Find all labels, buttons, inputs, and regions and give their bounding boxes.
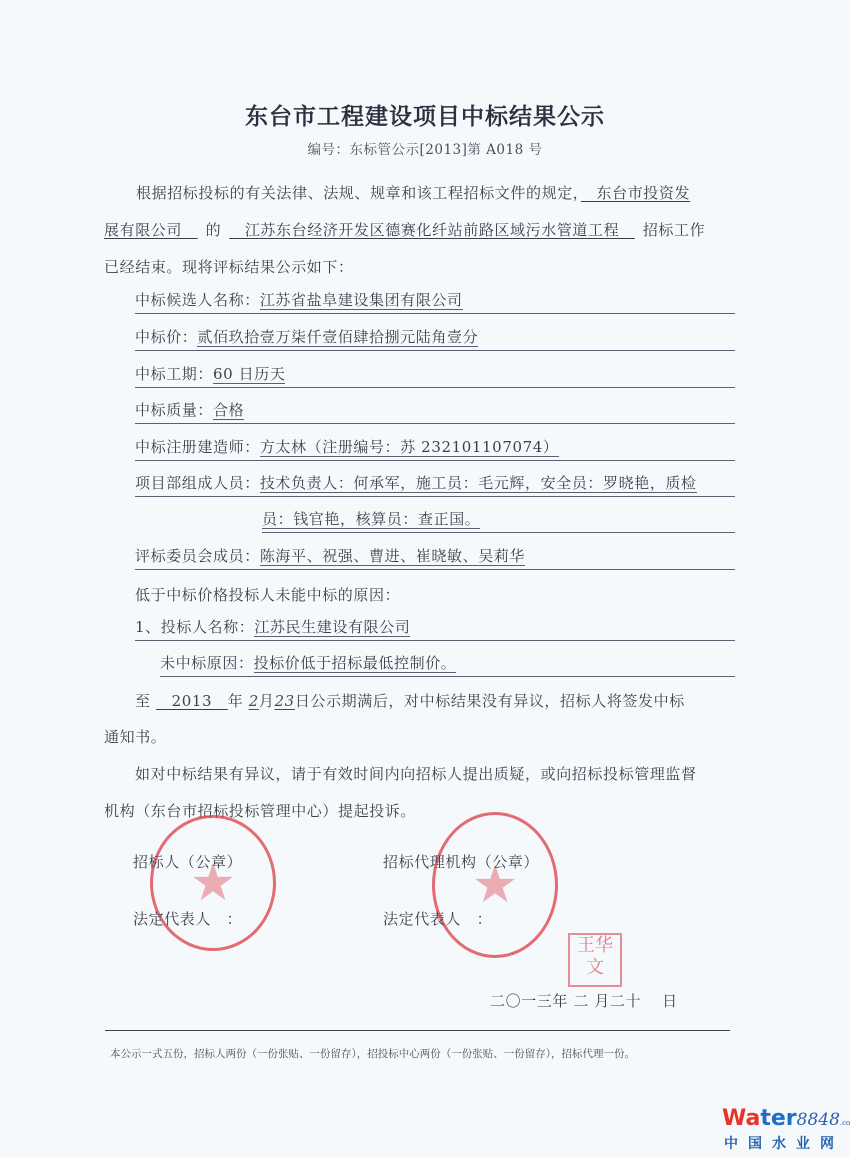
team-line-2: 员：钱官艳，核算员：查正国。 [262,510,480,529]
field-value: 方太林（注册编号：苏 232101107074） [260,438,559,457]
field-duration: 中标工期：60 日历天 [135,363,735,388]
field-value: 贰佰玖拾壹万柒仟壹佰肆拾捌元陆角壹分 [197,328,478,347]
field-winner: 中标候选人名称：江苏省盐阜建设集团有限公司 [135,289,735,314]
objection-line-1: 如对中标结果有异议，请于有效时间内向招标人提出质疑，或向招标投标管理监督 [135,763,697,784]
intro-line-1: 根据招标投标的有关法律、法规、规章和该工程招标文件的规定， 东台市投资发 [136,182,690,203]
field-value: 江苏民生建设有限公司 [254,618,410,637]
deadline-day: 23 [275,692,295,710]
intro-line-3: 已经结束。现将评标结果公示如下： [104,256,354,277]
watermark-ter: ter [760,1106,796,1131]
intro-text-2: 招标工作 [643,221,705,239]
signature-date: 二〇一三年 二 月二十 日 [490,990,678,1011]
month-suffix: 月 [259,692,275,710]
field-label: 项目部组成人员： [135,474,260,492]
field-price: 中标价：贰佰玖拾壹万柒仟壹佰肆拾捌元陆角壹分 [135,326,735,351]
field-label: 中标价： [135,328,197,346]
objection-line-2: 机构（东台市招标投标管理中心）提起投诉。 [104,800,416,821]
year-suffix: 年 [228,692,244,710]
field-label: 中标工期： [135,365,213,383]
field-builder: 中标注册建造师：方太林（注册编号：苏 232101107074） [135,436,735,461]
field-label: 评标委员会成员： [135,547,260,565]
footer-divider [105,1030,730,1031]
tenderer-seal-label: 招标人（公章） [133,851,242,872]
field-label: 中标候选人名称： [135,291,260,309]
intro-of: 的 [206,221,222,239]
watermark-num: 8848 [797,1110,840,1130]
field-committee: 评标委员会成员：陈海平、祝强、曹进、崔晓敏、吴莉华 [135,545,735,570]
tenderer-rep-label: 法定代表人 ： [133,908,242,929]
lower-bid-heading: 低于中标价格投标人未能中标的原因： [135,584,400,605]
project-name: 江苏东台经济开发区德赛化纤站前路区域污水管道工程 [229,221,635,239]
footnote: 本公示一式五份，招标人两份（一份张贴、一份留存），招投标中心两份（一份张贴、一份… [110,1046,635,1061]
field-lower-bidder: 1、投标人名称：江苏民生建设有限公司 [135,616,735,641]
watermark-cn: 中国水业网 [724,1133,844,1153]
field-label: 1、投标人名称： [135,618,254,636]
agency-seal-label: 招标代理机构（公章） [383,851,539,872]
watermark-wa: Wa [722,1106,760,1131]
page-title: 东台市工程建设项目中标结果公示 [0,98,850,131]
tenderer-stamp: ★ [150,815,276,951]
tenderer-name-part2: 展有限公司 [104,221,198,239]
field-label: 中标质量： [135,401,213,419]
watermark-com: .com [840,1119,850,1127]
field-value: 陈海平、祝强、曹进、崔晓敏、吴莉华 [260,547,525,566]
field-team-cont: 员：钱官艳，核算员：查正国。 [262,508,735,533]
deadline-line: 至 2013 年 2月23日公示期满后，对中标结果没有异议，招标人将签发中标 [135,690,685,711]
watermark-logo: Water8848.com [722,1106,850,1131]
deadline-line-2: 通知书。 [104,726,166,747]
field-value: 江苏省盐阜建设集团有限公司 [260,291,463,310]
deadline-month: 2 [249,692,259,710]
field-value: 合格 [213,401,244,420]
deadline-year: 2013 [156,692,228,710]
field-team: 项目部组成人员：技术负责人：何承军，施工员：毛元辉，安全员：罗晓艳，质检 [135,472,735,497]
deadline-text: 日公示期满后，对中标结果没有异议，招标人将签发中标 [295,692,685,710]
tenderer-name-part1: 东台市投资发 [581,184,690,202]
field-reason: 未中标原因：投标价低于招标最低控制价。 [160,652,735,677]
intro-text: 根据招标投标的有关法律、法规、规章和该工程招标文件的规定， [136,184,581,202]
field-value: 投标价低于招标最低控制价。 [254,654,457,673]
agency-rep-label: 法定代表人 ： [383,908,492,929]
field-value: 60 日历天 [213,365,285,384]
personal-seal: 王华文 [568,933,622,987]
deadline-prefix: 至 [135,692,151,710]
field-label: 中标注册建造师： [135,438,260,456]
intro-line-2: 展有限公司 的 江苏东台经济开发区德赛化纤站前路区域污水管道工程 招标工作 [104,219,705,240]
agency-stamp: ★ [432,812,558,958]
team-line-1: 技术负责人：何承军，施工员：毛元辉，安全员：罗晓艳，质检 [260,474,697,493]
field-quality: 中标质量：合格 [135,399,735,424]
document-number: 编号：东标管公示[2013]第 A018 号 [0,138,850,158]
field-label: 未中标原因： [160,654,254,672]
